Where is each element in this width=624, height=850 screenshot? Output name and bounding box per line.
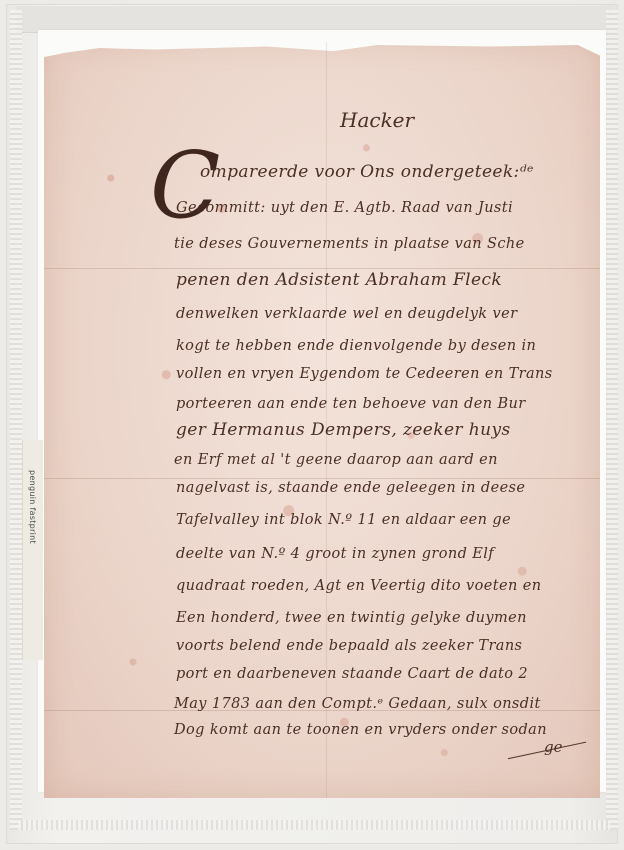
text-line: penen den Adsistent Abraham Fleck [176,270,502,290]
text-line: tie deses Gouvernements in plaatse van S… [174,236,525,252]
text-line: kogt te hebben ende dienvolgende by dese… [176,338,536,354]
manuscript-text: Hacker C ompareerde voor Ons ondergeteek… [0,0,624,850]
text-line: port en daarbeneven staande Caart de dat… [176,666,528,682]
text-line: en Erf met al 't geene daarop aan aard e… [174,452,498,468]
text-line: Tafelvalley int blok N.º 11 en aldaar ee… [176,512,511,528]
text-line: voorts belend ende bepaald als zeeker Tr… [176,638,522,654]
text-line: vollen en vryen Eygendom te Cedeeren en … [176,366,553,382]
text-line: Een honderd, twee en twintig gelyke duym… [176,610,527,626]
header-name: Hacker [340,108,414,132]
text-line: denwelken verklaarde wel en deugdelyk ve… [176,306,517,322]
text-line: ger Hermanus Dempers, zeeker huys [176,420,511,440]
decorated-initial: C [150,140,220,232]
catchword: ge [544,738,562,756]
text-line: Gecommitt: uyt den E. Agtb. Raad van Jus… [176,200,513,216]
text-line: porteeren aan ende ten behoeve van den B… [176,396,526,412]
text-line: quadraat roeden, Agt en Veertig dito voe… [176,578,541,594]
text-line: May 1783 aan den Compt.ᵉ Gedaan, sulx on… [174,696,541,712]
text-line: Dog komt aan te toonen en vryders onder … [174,722,547,738]
text-line: nagelvast is, staande ende geleegen in d… [176,480,525,496]
text-line: deelte van N.º 4 groot in zynen grond El… [176,546,494,562]
text-line: ompareerde voor Ons ondergeteek:ᵈᵉ [200,162,534,182]
